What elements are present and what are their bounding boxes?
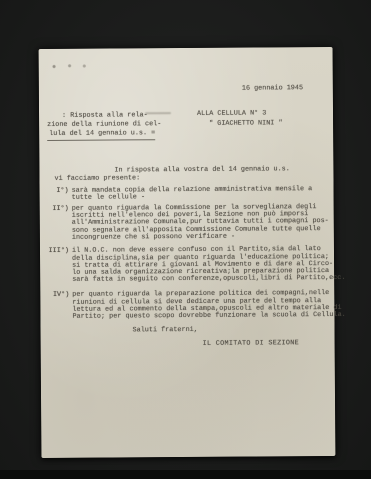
- date-line: 16 gennaio 1945: [242, 85, 303, 93]
- item-1-marker: I°): [40, 188, 69, 195]
- recipient-line-2: " GIACHETTO NINI ": [197, 119, 282, 129]
- closing-line: Saluti fraterni,: [133, 327, 198, 335]
- item-3-marker: III°): [40, 248, 69, 255]
- photo-bottom-edge: [0, 470, 371, 479]
- reference-block: : Risposta alla rela- zione della riunio…: [47, 111, 161, 141]
- pencil-marks: [51, 63, 93, 69]
- opening-line-1: In risposta alla vostra del 14 gennaio u…: [114, 166, 289, 174]
- item-2: II°) per quanto riguarda la Commissione …: [40, 204, 334, 242]
- numbered-items: I°) sarà mandata copia della relazione a…: [40, 186, 335, 321]
- recipient-block: ALLA CELLULA N° 3 " GIACHETTO NINI ": [197, 109, 283, 129]
- item-2-line: incongruenze che si possono verificare -: [72, 233, 334, 242]
- item-3-line: sarà fatta in seguito con conferenze,opu…: [72, 275, 334, 284]
- reference-line-3-underlined: lula del 14 gennaio u.s. =: [47, 129, 155, 141]
- item-4-line: Partito; per questo scopo dovrebbe funzi…: [72, 312, 334, 321]
- photo-background: 16 gennaio 1945 : Risposta alla rela- zi…: [0, 0, 371, 479]
- item-1: I°) sarà mandata copia della relazione a…: [40, 186, 334, 202]
- item-4: IV°) per quanto riguarda la preparazione…: [40, 290, 334, 321]
- item-3: III°) il N.O.C. non deve essere confuso …: [40, 246, 334, 284]
- item-4-marker: IV°): [40, 292, 69, 299]
- item-2-marker: II°): [40, 206, 69, 213]
- signature-line: IL COMITATO DI SEZIONE: [203, 340, 299, 348]
- document-paper: 16 gennaio 1945 : Risposta alla rela- zi…: [39, 47, 336, 458]
- opening-line-2: vi facciamo presente:: [54, 175, 140, 183]
- recipient-line-1: ALLA CELLULA N° 3: [197, 109, 282, 119]
- item-1-line: tutte le cellule -: [72, 193, 334, 202]
